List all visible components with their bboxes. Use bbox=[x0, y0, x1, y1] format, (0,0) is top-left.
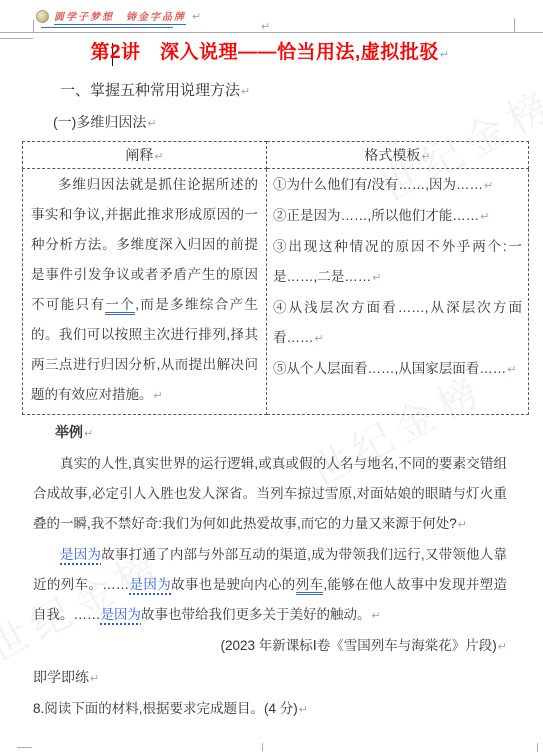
question-line: 8.阅读下面的材料,根据要求完成题目。(4 分)↵ bbox=[33, 694, 507, 725]
paragraph-mark: ↵ bbox=[90, 673, 99, 685]
page-boundary-top-line bbox=[0, 32, 543, 33]
analysis-text: 故事也带给我们更多关于美好的触动。 bbox=[141, 607, 371, 622]
paragraph-mark: ↵ bbox=[154, 151, 163, 163]
grammar-check-underlined-text: 列车 bbox=[296, 577, 324, 595]
paragraph-mark: ↵ bbox=[241, 86, 250, 98]
paragraph-mark: ↵ bbox=[372, 610, 381, 622]
template-item: ④从浅层次方面看……,从深层次方面看……↵ bbox=[273, 293, 522, 354]
paragraph-mark: ↵ bbox=[421, 151, 430, 163]
practice-label: 即学即练↵ bbox=[33, 662, 507, 694]
example-paragraph: 真实的人性,真实世界的运行逻辑,或真或假的人名与地名,不同的要素交错组合成故事,… bbox=[33, 449, 507, 540]
explain-cell: 多维归因法就是抓住论据所述的事实和争议,并据此推求形成原因的一种分析方法。多维度… bbox=[23, 169, 267, 415]
template-item: ③出现这种情况的原因不外乎两个:一是……,二是……↵ bbox=[273, 232, 522, 293]
page-boundary-mark bbox=[33, 20, 34, 33]
table-header-explain: 阐释↵ bbox=[23, 142, 267, 169]
page-boundary-mark bbox=[514, 18, 515, 33]
practice-label-text: 即学即练 bbox=[33, 669, 89, 685]
explain-table: 阐释↵ 格式模板↵ 多维归因法就是抓住论据所述的事实和争议,并据此推求形成原因的… bbox=[22, 141, 529, 415]
table-header-row: 阐释↵ 格式模板↵ bbox=[23, 142, 529, 169]
analysis-paragraph: 是因为故事打通了内部与外部互动的渠道,成为带领我们远行,又带领他人靠近的列车。…… bbox=[33, 540, 507, 631]
page-boundary-mark bbox=[537, 743, 538, 752]
explain-text: 多维归因法就是抓住论据所述的事实和争议,并据此推求形成原因的一种分析方法。多维度… bbox=[31, 177, 258, 312]
table-header-label: 格式模板 bbox=[364, 147, 420, 163]
page-boundary-mark bbox=[17, 747, 32, 748]
highlighted-text: 是因为 bbox=[129, 577, 171, 592]
subsection-heading: (一)多维归因法↵ bbox=[33, 109, 507, 138]
paragraph-mark: ↵ bbox=[507, 364, 516, 376]
source-line: (2023 年新课标Ⅰ卷《雪国列车与海棠花》片段)↵ bbox=[33, 631, 507, 662]
document-body: 第2讲 深入说理——恰当用法,虚拟批驳↵ 一、掌握五种常用说理方法↵ (一)多维… bbox=[33, 40, 507, 725]
table-header-template: 格式模板↵ bbox=[267, 142, 529, 169]
paragraph-mark: ↵ bbox=[498, 641, 507, 653]
example-label: 举例↵ bbox=[33, 418, 507, 449]
page-boundary-mark bbox=[262, 743, 263, 751]
template-item: ⑤从个人层面看……,从国家层面看……↵ bbox=[273, 354, 522, 385]
page-title-text: 第2讲 深入说理——恰当用法,虚拟批驳 bbox=[90, 42, 438, 63]
table-body-row: 多维归因法就是抓住论据所述的事实和争议,并据此推求形成原因的一种分析方法。多维度… bbox=[23, 169, 529, 415]
page-boundary-mark bbox=[0, 38, 33, 39]
brand-logo-icon bbox=[36, 10, 49, 23]
grammar-check-underlined-text: 一个 bbox=[105, 297, 135, 315]
paragraph-mark: ↵ bbox=[458, 519, 467, 531]
analysis-text: 故事也是驶向内心的 bbox=[171, 577, 296, 592]
highlighted-text: 是因为 bbox=[101, 607, 142, 622]
paragraph-mark: ↵ bbox=[315, 333, 324, 345]
section-heading: 一、掌握五种常用说理方法↵ bbox=[33, 77, 507, 106]
question-text: 8.阅读下面的材料,根据要求完成题目。(4 分) bbox=[33, 701, 298, 716]
explain-text: ,而是多维综合产生的。我们可以按照主次进行排列,择其两三点进行归因分析,从而提出… bbox=[31, 297, 258, 402]
table-header-label: 阐释 bbox=[125, 147, 153, 163]
paragraph-mark: ↵ bbox=[480, 211, 489, 223]
paragraph-mark: ↵ bbox=[372, 272, 381, 284]
template-item-text: ②正是因为……,所以他们才能…… bbox=[273, 208, 479, 223]
paragraph-mark: ↵ bbox=[147, 118, 156, 130]
explain-paragraph: 多维归因法就是抓住论据所述的事实和争议,并据此推求形成原因的一种分析方法。多维度… bbox=[31, 170, 258, 411]
brand-underline bbox=[41, 27, 173, 28]
source-text: (2023 年新课标Ⅰ卷《雪国列车与海棠花》片段) bbox=[221, 638, 497, 653]
template-item-text: ①为什么他们有/没有……,因为…… bbox=[273, 177, 483, 192]
example-text: 真实的人性,真实世界的运行逻辑,或真或假的人名与地名,不同的要素交错组合成故事,… bbox=[33, 456, 507, 531]
paragraph-mark: ↵ bbox=[440, 49, 450, 61]
paragraph-mark: ↵ bbox=[299, 704, 308, 716]
template-item-text: ⑤从个人层面看……,从国家层面看…… bbox=[273, 361, 506, 376]
template-cell: ①为什么他们有/没有……,因为……↵ ②正是因为……,所以他们才能……↵ ③出现… bbox=[267, 169, 529, 415]
page-header: 圆学子梦想 铸金字品牌 ↵ bbox=[36, 8, 201, 25]
paragraph-mark: ↵ bbox=[154, 390, 163, 402]
brand-link[interactable]: 圆学子梦想 铸金字品牌 bbox=[54, 8, 186, 25]
paragraph-mark: ↵ bbox=[84, 428, 93, 440]
paragraph-mark: ↵ bbox=[261, 20, 270, 33]
paragraph-mark: ↵ bbox=[484, 180, 493, 192]
document-page: 世纪金榜 世纪金榜 世纪金榜 圆学子梦想 铸金字品牌 ↵ ↵ 第2讲 深入说理—… bbox=[0, 0, 543, 752]
paragraph-mark: ↵ bbox=[192, 10, 201, 23]
template-item-text: ③出现这种情况的原因不外乎两个:一是……,二是…… bbox=[273, 239, 522, 284]
page-title: 第2讲 深入说理——恰当用法,虚拟批驳↵ bbox=[33, 40, 507, 68]
template-item: ①为什么他们有/没有……,因为……↵ bbox=[273, 170, 522, 201]
section-heading-text: 一、掌握五种常用说理方法 bbox=[60, 82, 240, 99]
example-label-text: 举例 bbox=[55, 424, 83, 440]
template-item-text: ④从浅层次方面看……,从深层次方面看…… bbox=[273, 300, 522, 345]
template-item: ②正是因为……,所以他们才能……↵ bbox=[273, 201, 522, 232]
subsection-heading-text: (一)多维归因法 bbox=[53, 114, 146, 130]
highlighted-text: 是因为 bbox=[60, 547, 101, 562]
